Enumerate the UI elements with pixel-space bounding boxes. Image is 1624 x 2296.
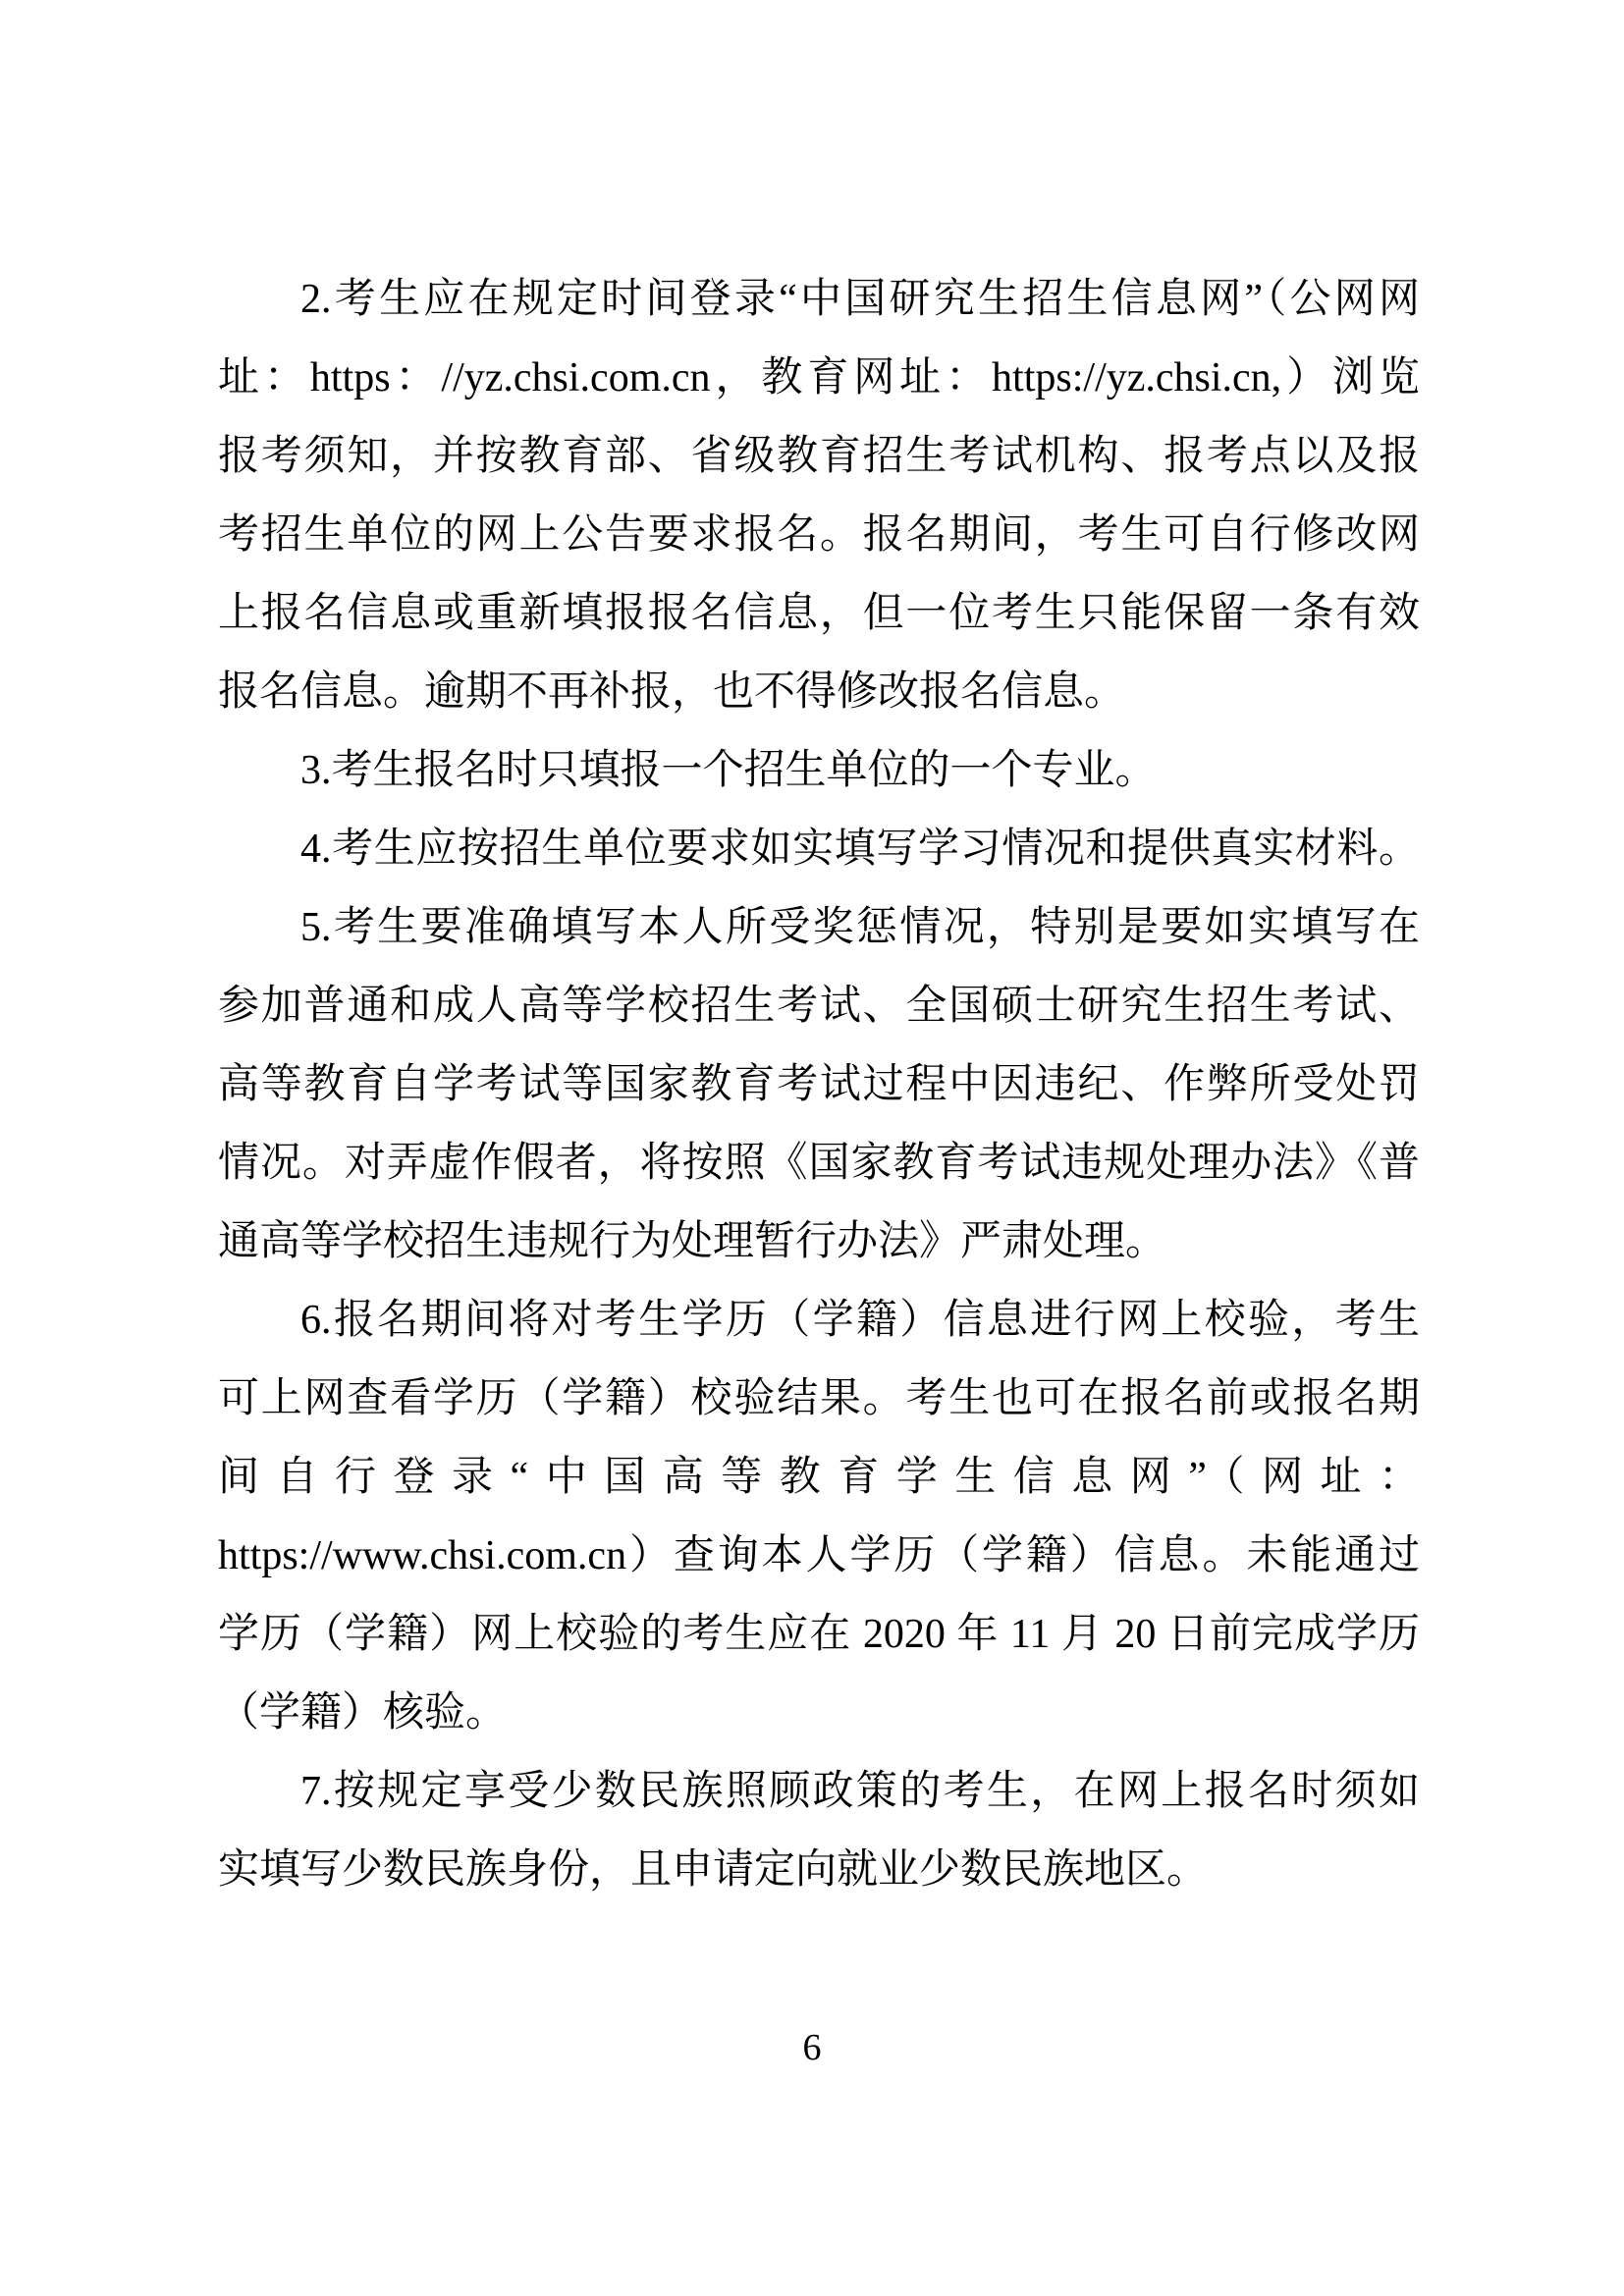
page-number: 6 [0, 2018, 1624, 2077]
text-line: 址：https：//yz.chsi.com.cn，教育网址：https://yz… [218, 339, 1420, 417]
text-line: 间自行登录“中国高等教育学生信息网”（网址： [218, 1438, 1420, 1517]
text-line: （学籍）核验。 [218, 1674, 1420, 1752]
document-page: 2.考生应在规定时间登录“中国研究生招生信息网”（公网网 址：https：//y… [0, 0, 1624, 2296]
text-line: 3.考生报名时只填报一个招生单位的一个专业。 [218, 731, 1420, 810]
text-line: 通高等学校招生违规行为处理暂行办法》严肃处理。 [218, 1202, 1420, 1281]
text-line: 高等教育自学考试等国家教育考试过程中因违纪、作弊所受处罚 [218, 1045, 1420, 1124]
document-text-block: 2.考生应在规定时间登录“中国研究生招生信息网”（公网网 址：https：//y… [218, 260, 1420, 1909]
text-line: 5.考生要准确填写本人所受奖惩情况，特别是要如实填写在 [218, 888, 1420, 967]
text-line: 报考须知，并按教育部、省级教育招生考试机构、报考点以及报 [218, 417, 1420, 496]
text-line: 可上网查看学历（学籍）校验结果。考生也可在报名前或报名期 [218, 1360, 1420, 1438]
text-line: 6.报名期间将对考生学历（学籍）信息进行网上校验，考生 [218, 1281, 1420, 1360]
text-line: 4.考生应按招生单位要求如实填写学习情况和提供真实材料。 [218, 810, 1420, 888]
text-line: 考招生单位的网上公告要求报名。报名期间，考生可自行修改网 [218, 496, 1420, 574]
text-line: 7.按规定享受少数民族照顾政策的考生，在网上报名时须如 [218, 1752, 1420, 1831]
text-line: 参加普通和成人高等学校招生考试、全国硕士研究生招生考试、 [218, 967, 1420, 1045]
text-line: 报名信息。逾期不再补报，也不得修改报名信息。 [218, 653, 1420, 731]
text-line: 2.考生应在规定时间登录“中国研究生招生信息网”（公网网 [218, 260, 1420, 339]
text-line: 上报名信息或重新填报报名信息，但一位考生只能保留一条有效 [218, 574, 1420, 653]
text-line: 情况。对弄虚作假者，将按照《国家教育考试违规处理办法》《普 [218, 1124, 1420, 1202]
text-line: 学历（学籍）网上校验的考生应在 2020 年 11 月 20 日前完成学历 [218, 1595, 1420, 1674]
text-line: 实填写少数民族身份，且申请定向就业少数民族地区。 [218, 1831, 1420, 1909]
text-line: https://www.chsi.com.cn）查询本人学历（学籍）信息。未能通… [218, 1517, 1420, 1595]
